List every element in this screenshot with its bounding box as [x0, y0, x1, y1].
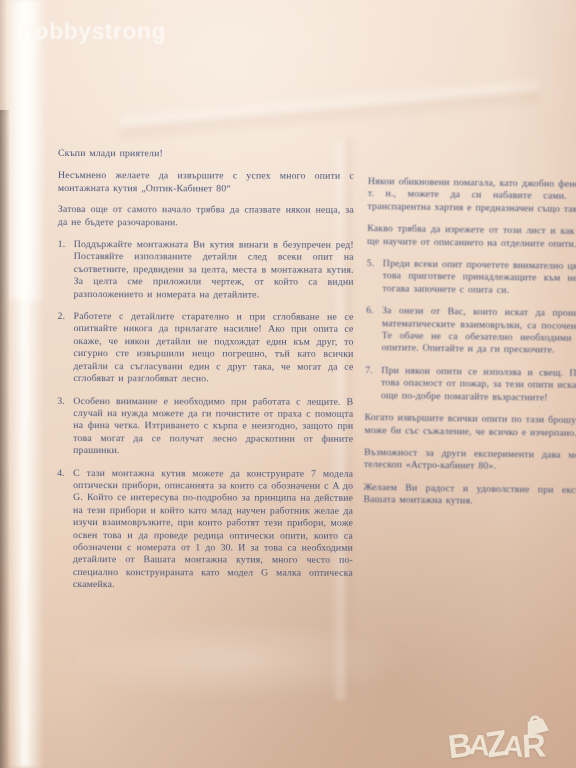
- item-number: 6.: [366, 305, 383, 355]
- shopping-bag-icon: [522, 711, 550, 736]
- page-edge-shadow: [0, 110, 10, 768]
- bazar-letter: B: [446, 728, 474, 764]
- item-text: Преди всеки опит прочетете внимателно ця…: [382, 258, 576, 299]
- numbered-item: 3. Особено внимание е необходимо при раб…: [57, 395, 353, 458]
- item-text: Работете с детайлите старателно и при сг…: [73, 311, 353, 386]
- page-edge-shadow: [0, 0, 7, 115]
- page-edge-highlight: [8, 0, 44, 768]
- bazar-letter: Z: [483, 725, 510, 764]
- numbered-item: 1. Поддържайте монтажната Ви кутия винаг…: [58, 239, 354, 302]
- item-number: 1.: [58, 239, 74, 301]
- document-photo: hobbystrong Скъпи млади приятели! Несъмн…: [0, 0, 576, 768]
- item-number: 2.: [57, 311, 73, 385]
- numbered-item: 4. С тази монтажна кутия можете да конст…: [57, 468, 353, 593]
- intro-paragraph: Затова още от самото начало трябва да сп…: [58, 204, 354, 230]
- page-edge-highlight: [4, 0, 48, 300]
- numbered-item: 2. Работете с детайлите старателно и при…: [57, 311, 353, 386]
- paper-highlight: [60, 600, 490, 720]
- intro-paragraph: Несъмнено желаете да извършите с успех м…: [58, 170, 354, 196]
- numbered-item: 6. За онези от Вас, които искат да прони…: [366, 305, 576, 359]
- numbered-item: 5. Преди всеки опит прочетете внимателно…: [366, 258, 576, 299]
- item-number: 3.: [57, 395, 73, 457]
- right-paragraph: Какво трябва да изрежете от този лист и …: [367, 223, 576, 252]
- closing-paragraph: Когато извършите всички опити по тази бр…: [364, 412, 576, 441]
- closing-paragraph: Възможност за други експерименти дава мо…: [364, 447, 576, 476]
- item-number: 7.: [365, 365, 382, 402]
- item-text: Поддържайте монтажната Ви кутия винаги в…: [74, 239, 354, 302]
- bazar-letters: B A Z A R: [448, 726, 546, 762]
- item-text: С тази монтажна кутия можете да конструи…: [73, 468, 353, 593]
- right-paragraph: Някои обикновени помагала, като джобно ф…: [367, 176, 576, 217]
- paper-crease: [120, 60, 540, 150]
- item-text: При някои опити се използва и свещ. Пора…: [381, 365, 576, 406]
- item-number: 5.: [366, 258, 383, 295]
- bazar-watermark: B A Z A R: [448, 706, 572, 764]
- left-column: Скъпи млади приятели! Несъмнено желаете …: [57, 148, 354, 592]
- bazar-letter: A: [468, 731, 491, 762]
- closing-paragraph: Желаем Ви радост и удоволствие при експе…: [363, 482, 576, 511]
- hobbystrong-watermark: hobbystrong: [20, 18, 166, 45]
- item-text: Особено внимание е необходимо при работа…: [73, 396, 353, 459]
- numbered-item: 7. При някои опити се използва и свещ. П…: [365, 365, 576, 406]
- bazar-letter: A: [501, 732, 525, 763]
- bazar-letter: R: [521, 728, 547, 762]
- salutation: Скъпи млади приятели!: [58, 148, 354, 161]
- closing-paragraphs: Когато извършите всички опити по тази бр…: [363, 412, 576, 511]
- item-number: 4.: [57, 468, 73, 592]
- right-column: Някои обикновени помагала, като джобно ф…: [363, 176, 576, 521]
- item-text: За онези от Вас, които искат да проникна…: [382, 305, 576, 359]
